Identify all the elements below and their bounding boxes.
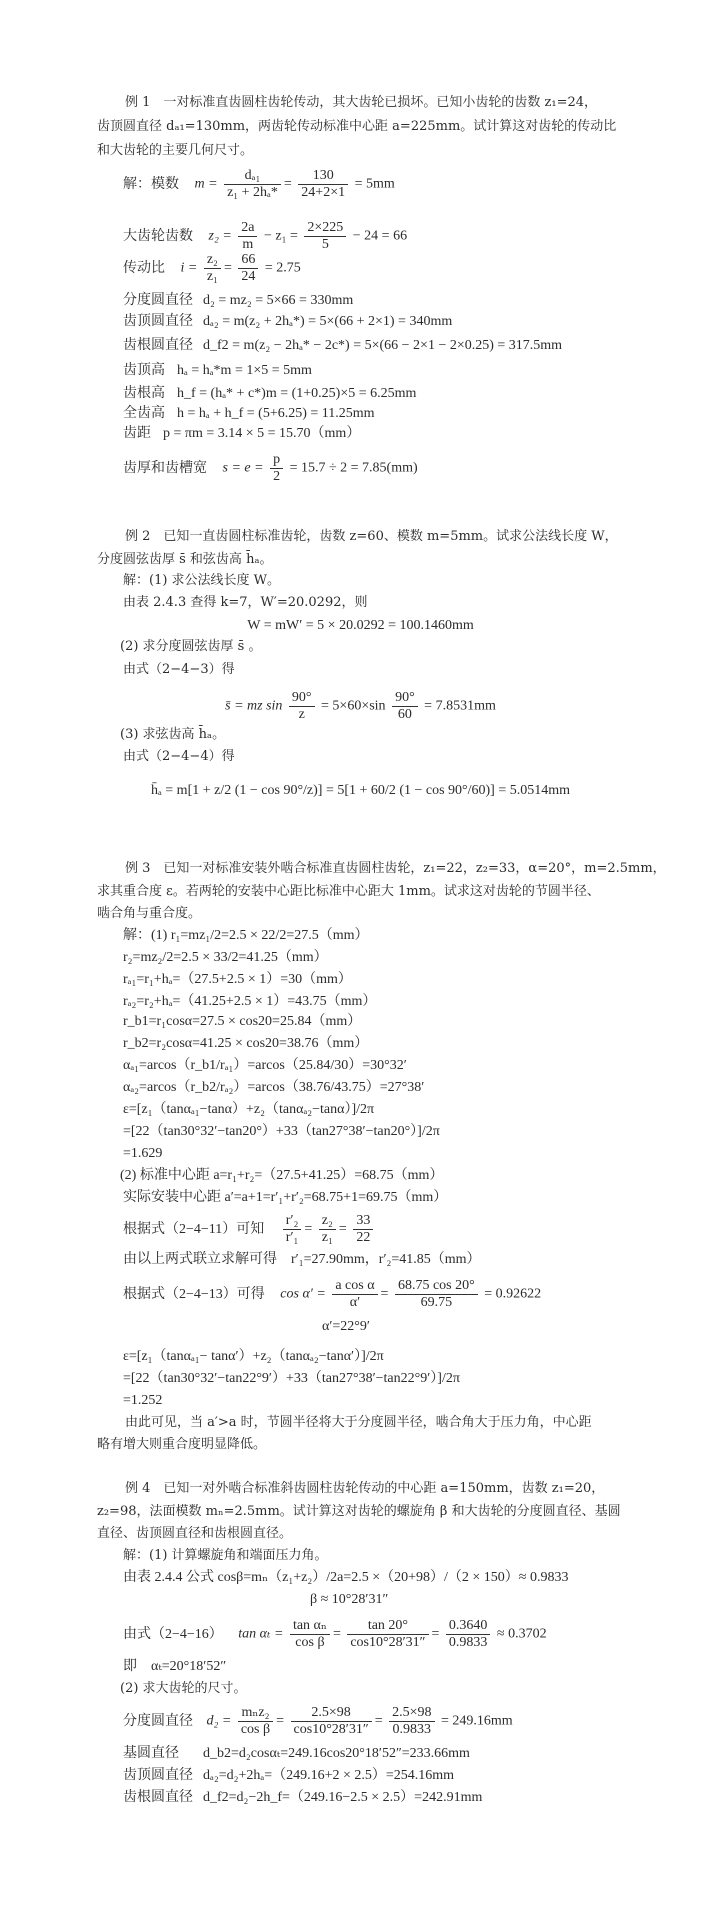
example3-calc-line: r₂=mz₂/2=2.5 × 33/2=41.25（mm）: [123, 949, 328, 967]
example4-step1-title: 解：(1) 计算螺旋角和端面压力角。: [123, 1547, 328, 1565]
example3-heading: 例 3: [125, 861, 150, 876]
example1-thickness-formula: 齿厚和齿槽宽 s = e = p2 = 15.7 ÷ 2 = 7.85(mm): [123, 452, 418, 485]
example3-problem-line2: 求其重合度 ε。若两轮的安装中心距比标准中心距大 1mm。试求这对齿轮的节圆半径…: [97, 883, 600, 901]
example4-tip-diameter: 齿顶圆直径dₐ₂=d₂+2hₐ=（249.16+2 × 2.5）=254.16m…: [123, 1767, 454, 1785]
example1-pitch-diameter: 分度圆直径d₂ = mz₂ = 5×66 = 330mm: [123, 292, 353, 310]
textbook-page: 例 1 一对标准直齿圆柱齿轮传动，其大齿轮已损坏。已知小齿轮的齿数 z₁=24，…: [0, 0, 721, 1905]
example4-tan-formula: 由式（2−4−16） tan αₜ = tan αₙcos β= tan 20°…: [123, 1618, 547, 1651]
example2-step3-ref: 由式（2−4−4）得: [123, 748, 235, 766]
example2-step2-title: (2) 求分度圆弦齿厚 s̄ 。: [120, 638, 261, 656]
example4-problem-line3: 直径、齿顶圆直径和齿根圆直径。: [97, 1525, 292, 1543]
example3-calc-line: (2) 标准中心距 a=r₁+r₂=（27.5+41.25）=68.75（mm）: [120, 1167, 443, 1185]
example1-root-diameter: 齿根圆直径d_f2 = m(z₂ − 2hₐ* − 2c*) = 5×(66 −…: [123, 337, 562, 355]
example1-dedendum: 齿根高h_f = (hₐ* + c*)m = (1+0.25)×5 = 6.25…: [123, 385, 416, 403]
example2-step2-ref: 由式（2−4−3）得: [123, 661, 235, 679]
example1-teeth-formula: 大齿轮齿数 z₂ = 2am − z₁ = 2×2255 − 24 = 66: [123, 220, 407, 253]
example3-problem-line1: 例 3 已知一对标准安装外啮合标准直齿圆柱齿轮，z₁=22，z₂=33，α=20…: [125, 860, 666, 878]
example4-problem-line2: z₂=98，法面模数 mₙ=2.5mm。试计算这对齿轮的螺旋角 β 和大齿轮的分…: [97, 1503, 621, 1521]
example3-calc-line: αₐ₂=arcos（r_b2/rₐ₂）=arcos（38.76/43.75）=2…: [123, 1079, 424, 1097]
example3-calc-line: r_b1=r₁cosα=27.5 × cos20=25.84（mm）: [123, 1013, 361, 1031]
example4-root-diameter: 齿根圆直径d_f2=d₂−2h_f=（249.16−2.5 × 2.5）=242…: [123, 1789, 482, 1807]
example3-calc-line: r_b2=r₂cosα=41.25 × cos20=38.76（mm）: [123, 1035, 368, 1053]
example4-heading: 例 4: [125, 1481, 150, 1496]
example4-problem-line1: 例 4 已知一对外啮合标准斜齿圆柱齿轮传动的中心距 a=150mm，齿数 z₁=…: [125, 1480, 604, 1498]
example3-calc-line: =[22（tan30°32′−tan20°）+33（tan27°38′−tan2…: [123, 1123, 440, 1141]
example3-calc-line: =1.629: [123, 1145, 162, 1163]
example4-pitch-diameter-formula: 分度圆直径 d₂ = mₙz₂cos β= 2.5×98cos10°28′31″…: [123, 1705, 513, 1738]
example1-heading: 例 1: [125, 95, 150, 110]
example4-cos-beta-line: 由表 2.4.4 公式 cosβ=mₙ（z₁+z₂）/2a=2.5 ×（20+9…: [123, 1569, 568, 1587]
example3-solve-line: 由以上两式联立求解可得 r′₁=27.90mm，r′₂=41.85（mm）: [123, 1251, 481, 1269]
example3-cos-formula: 根据式（2−4−13）可得 cos α′ = a cos αα′= 68.75 …: [123, 1278, 541, 1311]
example4-beta-result: β ≈ 10°28′31″: [310, 1591, 388, 1609]
example1-problem-line1: 例 1 一对标准直齿圆柱齿轮传动，其大齿轮已损坏。已知小齿轮的齿数 z₁=24，: [125, 94, 597, 112]
example3-calc-line: rₐ₁=r₁+hₐ=（27.5+2.5 × 1）=30（mm）: [123, 971, 352, 989]
example3-calc-line: =1.252: [123, 1392, 162, 1410]
example1-tip-diameter: 齿顶圆直径dₐ₂ = m(z₂ + 2hₐ*) = 5×(66 + 2×1) =…: [123, 313, 452, 331]
example3-problem-line3: 啮合角与重合度。: [97, 905, 201, 923]
example3-alpha-result: α′=22°9′: [322, 1318, 370, 1336]
example2-step1-title: 解：(1) 求公法线长度 W。: [123, 572, 280, 590]
example1-whole-depth: 全齿高h = hₐ + h_f = (5+6.25) = 11.25mm: [123, 405, 375, 423]
example3-calc-line: αₐ₁=arcos（r_b1/rₐ₁）=arcos（25.84/30）=30°3…: [123, 1057, 407, 1075]
example1-module-formula: 解：模数 m = dₐ₁z₁ + 2hₐ*= 13024+2×1 = 5mm: [123, 168, 395, 201]
example2-span-formula: W = mW′ = 5 × 20.0292 = 100.1460mm: [0, 617, 721, 635]
example2-chordal-height-formula: h̄ₐ = m[1 + z/2 (1 − cos 90°/z)] = 5[1 +…: [0, 782, 721, 800]
example1-problem-line2: 齿顶圆直径 dₐ₁=130mm，两齿轮传动标准中心距 a=225mm。试计算这对…: [97, 118, 616, 136]
example3-conclusion-line2: 略有增大则重合度明显降低。: [97, 1436, 266, 1454]
example2-problem-line1: 例 2 已知一直齿圆柱标准齿轮，齿数 z=60、模数 m=5mm。试求公法线长度…: [125, 528, 618, 546]
example1-pitch: 齿距p = πm = 3.14 × 5 = 15.70（mm）: [123, 425, 360, 443]
example4-step2-title: (2) 求大齿轮的尺寸。: [120, 1680, 247, 1698]
example3-calc-line: 解：(1) r₁=mz₁/2=2.5 × 22/2=27.5（mm）: [123, 927, 369, 945]
example3-calc-line: =[22（tan30°32′−tan22°9′）+33（tan27°38′−ta…: [123, 1370, 460, 1388]
example1-problem-line3: 和大齿轮的主要几何尺寸。: [97, 142, 253, 160]
example3-calc-line: ε=[z₁（tanαₐ₁− tanα′）+z₂（tanαₐ₂−tanα′）]/2…: [123, 1348, 384, 1366]
example3-ratio-formula: 根据式（2−4−11）可知 r′₂r′₁= z₂z₁= 3322: [123, 1213, 376, 1246]
example3-calc-line: rₐ₂=r₂+hₐ=（41.25+2.5 × 1）=43.75（mm）: [123, 993, 376, 1011]
example3-calc-line: 实际安装中心距 a′=a+1=r′₁+r′₂=68.75+1=69.75（mm）: [123, 1189, 447, 1207]
example1-addendum: 齿顶高hₐ = hₐ*m = 1×5 = 5mm: [123, 362, 312, 380]
example3-calc-line: ε=[z₁（tanαₐ₁−tanα）+z₂（tanαₐ₂−tanα）]/2π: [123, 1101, 374, 1119]
example2-chordal-thickness-formula: s̄ = mz sin 90°z = 5×60×sin 90°60 = 7.85…: [0, 690, 721, 723]
example4-alpha-t: 即 αₜ=20°18′52″: [123, 1658, 226, 1676]
example2-step3-title: (3) 求弦齿高 h̄ₐ。: [120, 726, 225, 744]
example4-base-diameter: 基圆直径d_b2=d₂cosαₜ=249.16cos20°18′52″=233.…: [123, 1745, 470, 1763]
example2-step1-table-lookup: 由表 2.4.3 查得 k=7，W′=20.0292，则: [123, 594, 367, 612]
example1-ratio-formula: 传动比 i = z₂z₁= 6624 = 2.75: [123, 252, 301, 285]
example3-conclusion-line1: 由此可见，当 a′>a 时，节圆半径将大于分度圆半径，啮合角大于压力角，中心距: [125, 1414, 592, 1432]
example2-problem-line2: 分度圆弦齿厚 s̄ 和弦齿高 h̄ₐ。: [97, 551, 272, 569]
example2-heading: 例 2: [125, 529, 150, 544]
